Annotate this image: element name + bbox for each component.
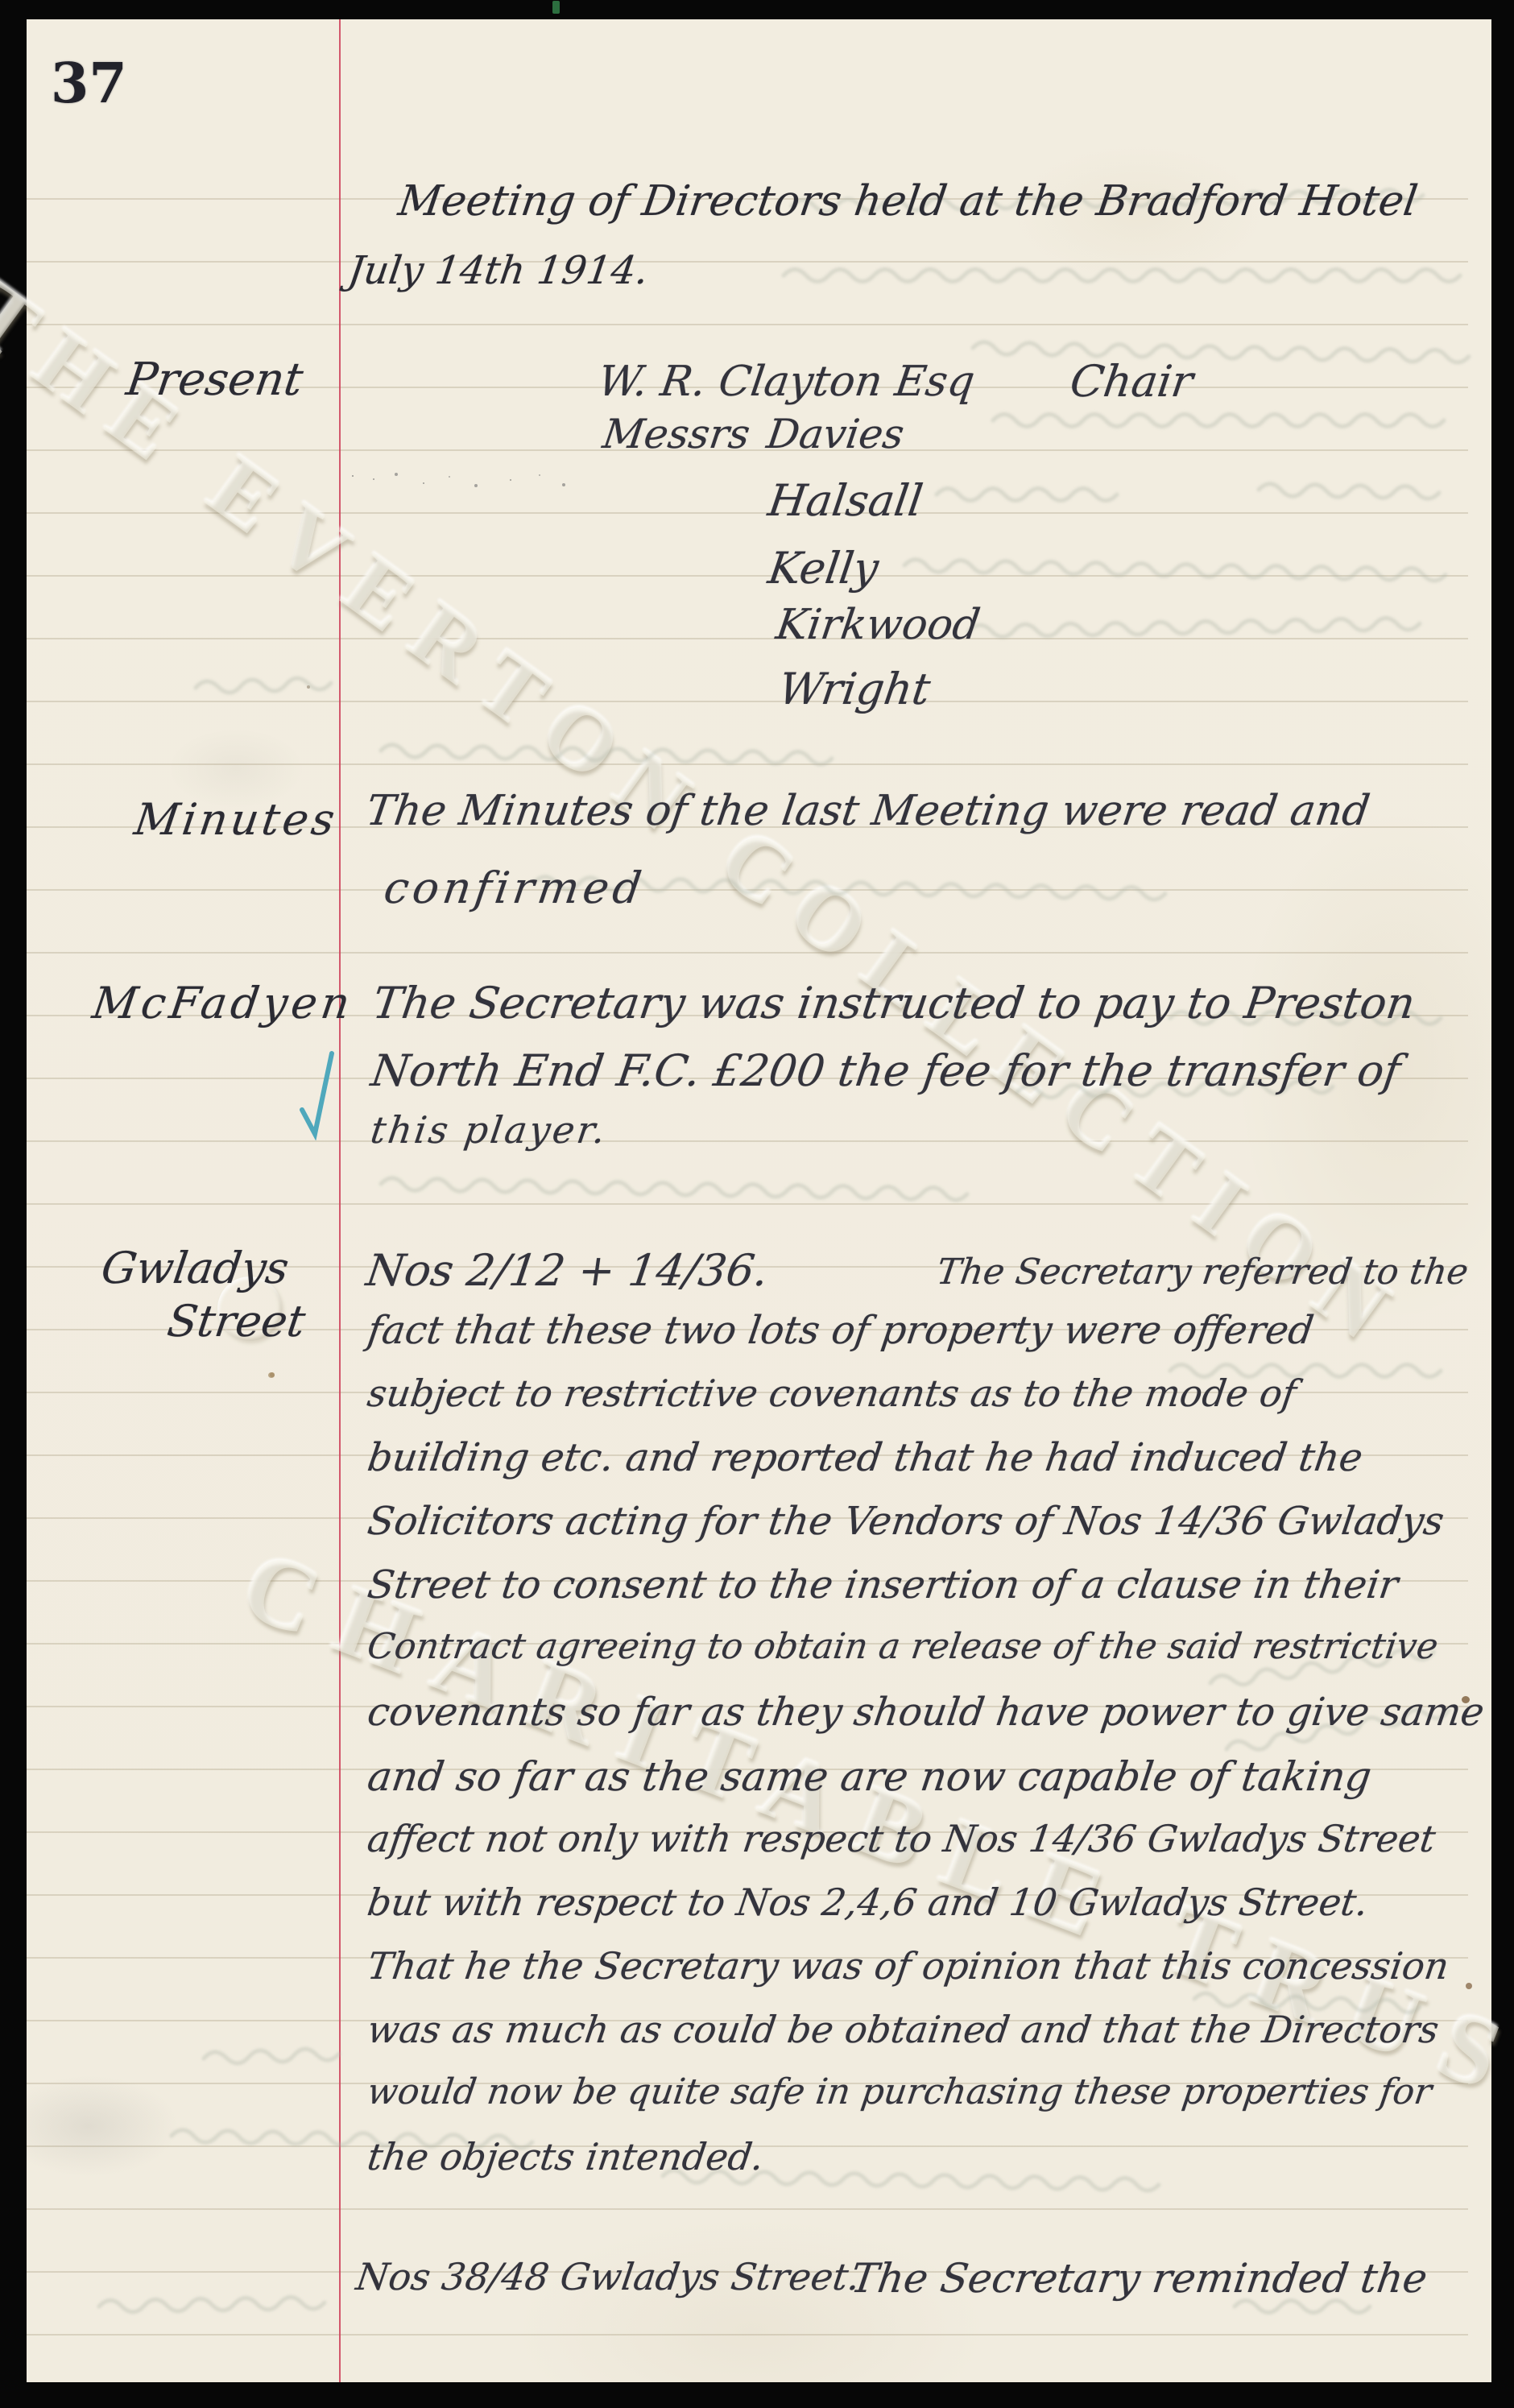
checkmark-icon	[292, 1044, 349, 1140]
gwladys-line: the objects intended.	[365, 2135, 767, 2178]
page-number: 37	[51, 52, 127, 116]
mcfadyen-text-line-3: this player.	[368, 1108, 610, 1152]
heading-line-1: Meeting of Directors held at the Bradfor…	[395, 177, 1421, 225]
attendee-name: Kirkwood	[773, 601, 983, 649]
gwladys-line: was as much as could be obtained and tha…	[365, 2008, 1442, 2051]
minutes-text-line-1: The Minutes of the last Meeting were rea…	[363, 787, 1372, 835]
margin-label-mcfadyen: McFadyen	[89, 978, 357, 1028]
closing-text: The Secretary reminded the	[848, 2255, 1430, 2302]
margin-label-street: Street	[164, 1296, 308, 1347]
gwladys-line: Solicitors acting for the Vendors of Nos…	[365, 1499, 1447, 1544]
gwladys-opening: The Secretary referred to the	[934, 1252, 1471, 1293]
mcfadyen-text-line-2: North End F.C. £200 the fee for the tran…	[368, 1045, 1404, 1096]
scanned-minute-book-page: { "document": { "page_number": "37", "he…	[0, 0, 1514, 2408]
closing-ref: Nos 38/48 Gwladys Street.	[354, 2255, 862, 2298]
gwladys-line: subject to restrictive covenants as to t…	[365, 1372, 1299, 1415]
heading-line-2: July 14th 1914.	[345, 248, 652, 293]
gwladys-line: building etc. and reported that he had i…	[365, 1435, 1366, 1480]
gwladys-line: affect not only with respect to Nos 14/3…	[365, 1817, 1438, 1860]
margin-label-present: Present	[123, 354, 306, 406]
gwladys-line: fact that these two lots of property wer…	[365, 1308, 1317, 1353]
ledger-page: THE EVERTON COLLECTION CHARITABLE TRUST …	[27, 19, 1491, 2382]
attendee-name: Halsall	[765, 475, 926, 526]
gwladys-line: would now be quite safe in purchasing th…	[365, 2071, 1434, 2112]
chairman-name: W. R. Clayton Esq	[595, 358, 978, 406]
gwladys-line: That he the Secretary was of opinion tha…	[365, 1944, 1452, 1988]
gwladys-line: covenants so far as they should have pow…	[365, 1690, 1487, 1735]
attendee-row: MessrsDavies	[600, 411, 907, 457]
gwladys-line: and so far as the same are now capable o…	[365, 1753, 1375, 1800]
gwladys-line: but with respect to Nos 2,4,6 and 10 Gwl…	[365, 1880, 1371, 1924]
margin-label-gwladys: Gwladys	[98, 1243, 292, 1293]
minutes-text-line-2: confirmed	[381, 863, 648, 913]
messrs-label: Messrs	[600, 411, 753, 457]
gwladys-ref: Nos 2/12 + 14/36.	[363, 1245, 771, 1296]
gwladys-line: Street to consent to the insertion of a …	[365, 1562, 1401, 1607]
margin-label-minutes: Minutes	[131, 794, 341, 845]
attendee-name: Kelly	[765, 543, 882, 594]
mcfadyen-text-line-1: The Secretary was instructed to pay to P…	[370, 978, 1418, 1028]
gwladys-line: Contract agreeing to obtain a release of…	[365, 1626, 1441, 1667]
attendee-name: Wright	[776, 664, 933, 714]
chair-role: Chair	[1067, 356, 1196, 407]
attendee-name: Davies	[764, 411, 908, 457]
scanner-debris	[552, 1, 560, 14]
